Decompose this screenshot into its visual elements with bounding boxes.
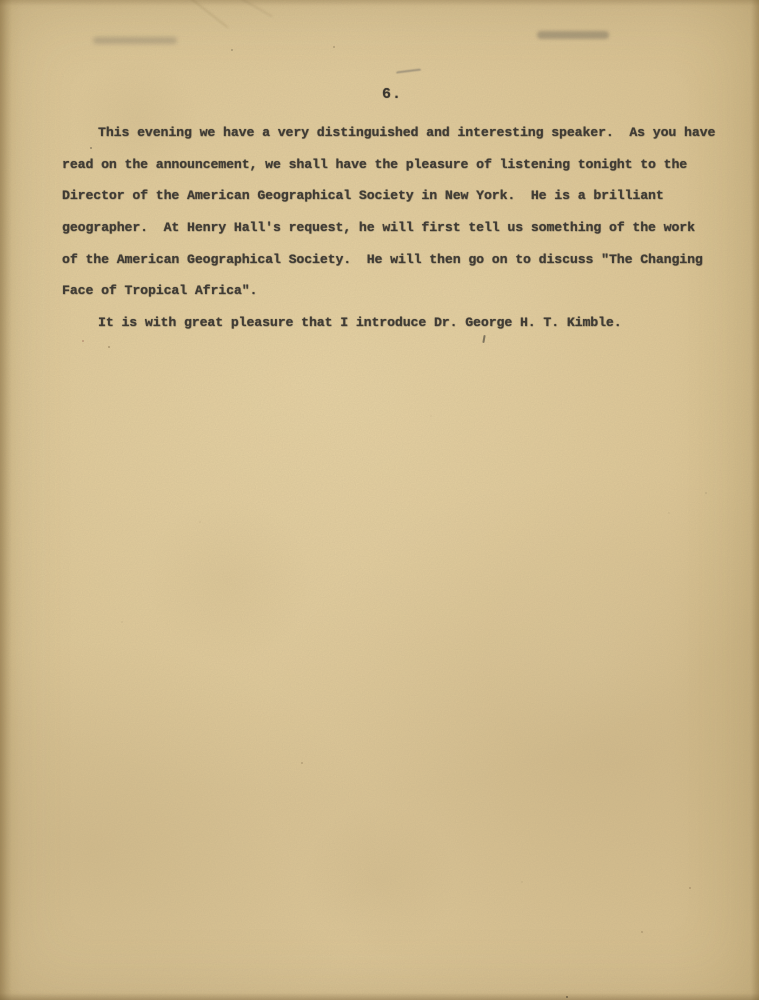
page-number: 6. <box>382 86 402 103</box>
page-edge-shadow <box>0 993 759 1000</box>
pencil-mark <box>396 68 421 73</box>
text-line: Director of the American Geographical So… <box>62 180 732 212</box>
text-line: It is with great pleasure that I introdu… <box>62 307 732 339</box>
typewritten-text: This evening we have a very distinguishe… <box>62 117 732 339</box>
text-line: This evening we have a very distinguishe… <box>62 117 732 149</box>
scanned-document-page: 6. This evening we have a very distingui… <box>0 0 759 1000</box>
page-edge-shadow <box>0 0 759 6</box>
text-line: read on the announcement, we shall have … <box>62 149 732 181</box>
text-line: of the American Geographical Society. He… <box>62 244 732 276</box>
faded-stamp-smudge <box>93 37 177 44</box>
faded-stamp-smudge <box>537 31 609 39</box>
page-edge-shadow <box>751 0 759 1000</box>
text-line: geographer. At Henry Hall's request, he … <box>62 212 732 244</box>
text-line: Face of Tropical Africa". <box>62 275 732 307</box>
page-edge-shadow <box>0 0 12 1000</box>
